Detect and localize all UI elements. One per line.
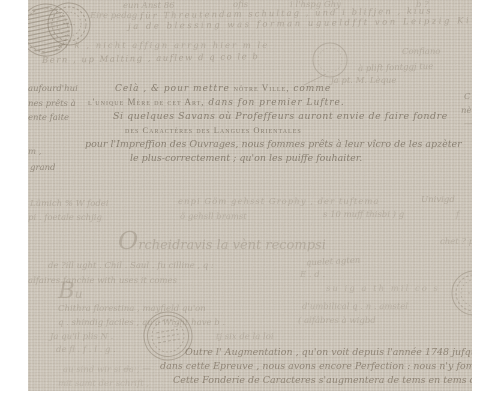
text-segment: Celà , & pour mettre: [115, 84, 234, 94]
text-segment: de fl . f . l . g .: [56, 345, 116, 355]
wallpaper-text-fragment: Chithra florestina , mayfield qu'on: [58, 304, 206, 314]
postmark-stamp-icon: [309, 39, 351, 81]
text-segment: — ·· —: [123, 364, 151, 374]
wallpaper-text-fragment: —: [464, 119, 472, 129]
text-segment: dans cette Epreuve , nous avons encore P…: [160, 361, 472, 372]
text-segment: enpi Göm gehsst Grophy , der tuftema: [178, 197, 379, 207]
text-segment: —: [464, 119, 472, 129]
wallpaper-text-fragment: Celà , & pour mettre nôtre Ville, comme: [115, 84, 331, 94]
wallpaper-text-fragment: C: [464, 92, 471, 102]
wallpaper-text-fragment: mit samt der schrift ,: [58, 379, 149, 389]
product-image: eun Anst 86ofisi l'hspg Ghyb ?für Threut…: [0, 0, 500, 400]
text-segment: mit samt der schrift ,: [58, 379, 149, 389]
text-segment: ofis: [233, 0, 248, 10]
text-segment: Lümich % W fodei: [30, 199, 109, 209]
text-segment: O: [118, 226, 138, 255]
text-segment: C: [464, 92, 471, 102]
wallpaper-text-fragment: quelet agten: [306, 256, 361, 268]
text-segment: Chithra florestina , mayfield qu'on: [58, 304, 206, 314]
text-segment: rcheidravis la vènt recompsi: [138, 238, 326, 253]
text-segment: nôtre Ville,: [234, 83, 290, 93]
text-segment: Cette Fonderie de Caracteres s'augmenter…: [173, 375, 472, 386]
wallpaper-text-fragment: Ja qu'il plis N .: [50, 332, 113, 342]
text-segment: Si quelques Savans où Profeffeurs auront…: [113, 111, 448, 122]
wallpaper-text-fragment: d'umbilical q . n . amstel: [302, 302, 408, 312]
wallpaper-text-fragment: à plift fontggj tue: [358, 62, 434, 74]
wallpaper-text-fragment: ente faite: [28, 113, 69, 123]
wallpaper-text-fragment: l'unique Mère de cet Art, dans fon premi…: [88, 98, 345, 108]
wallpaper-text-fragment: E . d .: [300, 270, 325, 280]
text-segment: grand: [30, 163, 56, 173]
text-segment: q . shindig faciles , qu'à Wight have b …: [58, 318, 225, 328]
text-segment: f: [456, 210, 459, 220]
wallpaper-text-fragment: ( alfâbres à wigbd: [298, 316, 376, 326]
text-segment: Outre l' Augmentation , qu'on voit depui…: [185, 347, 472, 358]
wallpaper-text-fragment: Eire pedag ,: [90, 11, 143, 21]
wallpaper-text-fragment: de fl . f . l . g .: [56, 345, 116, 355]
text-segment: pour l'Impreffion des Ouvrages, nous fom…: [85, 139, 462, 150]
text-segment: dans fon premier Luftre.: [205, 98, 345, 108]
postmark-stamp-icon: [448, 267, 472, 319]
wallpaper-text-fragment: le plus-correctement ; qu'on les puiffe …: [130, 154, 362, 165]
text-segment: comme: [289, 84, 331, 94]
wallpaper-text-fragment: alfaires fanchie with uses it comes: [28, 276, 177, 286]
wallpaper-text-fragment: aufourd'hui: [28, 84, 78, 94]
wallpaper-text-fragment: nè: [461, 106, 472, 116]
wallpaper-text-fragment: Orcheidravis la vènt recompsi: [118, 238, 326, 252]
text-segment: l'unique Mère de cet Art,: [88, 97, 205, 107]
text-segment: ente faite: [28, 113, 69, 123]
text-segment: B: [58, 278, 75, 304]
wallpaper-text-fragment: de ?ill ught . Chil . Saul . fu cilline …: [48, 261, 214, 271]
text-segment: Confiano: [402, 47, 440, 57]
wallpaper-text-fragment: Outre l' Augmentation , qu'on voit depui…: [185, 348, 472, 359]
text-segment: des Caractères des Langues Orientales: [125, 125, 302, 135]
text-segment: Ja qu'il plis N .: [50, 332, 113, 342]
wallpaper-text-fragment: Si quelques Savans où Profeffeurs auront…: [113, 112, 448, 123]
text-segment: u: [75, 287, 83, 301]
text-segment: m ,: [28, 147, 41, 157]
wallpaper-text-fragment: Bu: [58, 288, 83, 300]
text-segment: ja pt. M. Lèque: [331, 76, 396, 86]
wallpaper-text-fragment: Cette Fonderie de Caracteres s'augmenter…: [173, 376, 472, 387]
wallpaper-text-fragment: ai k , nicht affign arrgn hier m le: [58, 41, 269, 51]
wallpaper-text-fragment: eun Anst 86: [123, 1, 175, 11]
text-segment: s 10 muff thisbi ) g: [323, 210, 404, 220]
text-segment: nes prêts à: [28, 99, 76, 109]
wallpaper-text-fragment: pour l'Impreffion des Ouvrages, nous fom…: [85, 140, 462, 151]
text-segment: su ig a th mil co s: [326, 284, 440, 294]
wallpaper-text-fragment: des Caractères des Langues Orientales: [125, 126, 302, 135]
wallpaper-text-fragment: Confiano: [402, 47, 440, 57]
text-segment: d'umbilical q . n . amstel: [302, 302, 408, 312]
wallpaper-text-fragment: grand: [30, 163, 56, 173]
wallpaper-text-fragment: enpi Göm gehsst Grophy , der tuftema: [178, 197, 379, 207]
text-segment: quelet agten: [306, 256, 361, 269]
wallpaper-text-fragment: s 10 muff thisbi ) g: [323, 210, 404, 220]
text-segment: de ?ill ught . Chil . Saul . fu cilline …: [48, 261, 214, 271]
text-segment: Univigd: [421, 195, 455, 205]
text-segment: chet ? p: [440, 237, 472, 247]
text-segment: alfaires fanchie with uses it comes: [28, 276, 177, 286]
wallpaper-text-fragment: nes prêts à: [28, 99, 76, 109]
text-segment: ai k , nicht affign arrgn hier m le: [58, 41, 269, 51]
text-segment: Eire pedag ,: [90, 11, 143, 21]
wallpaper-text-fragment: dans cette Epreuve , nous avons encore P…: [160, 362, 472, 373]
wallpaper-text-fragment: chet ? p: [440, 237, 472, 247]
wallpaper-text-fragment: tj six de la loi: [216, 332, 274, 342]
wallpaper-text-fragment: su ig a th mil co s: [326, 284, 440, 294]
text-segment: pi . foetale schjig: [28, 213, 102, 223]
text-segment: nè: [461, 106, 472, 116]
wallpaper-text-fragment: ofis: [233, 0, 248, 10]
text-segment: à plift fontggj tue: [358, 62, 434, 75]
text-segment: eun Anst 86: [123, 1, 175, 11]
wallpaper-text-fragment: pi . foetale schjig: [28, 213, 102, 223]
text-segment: aufourd'hui: [28, 84, 78, 94]
wallpaper-text-fragment: f: [456, 210, 459, 220]
wallpaper-text-fragment: Univigd: [421, 195, 455, 205]
wallpaper-text-fragment: ja pt. M. Lèque: [331, 76, 396, 86]
text-segment: ( alfâbres à wigbd: [298, 316, 376, 326]
wallpaper-text-fragment: Lümich % W fodei: [30, 199, 109, 209]
wallpaper-text-fragment: q . shindig faciles , qu'à Wight have b …: [58, 318, 225, 328]
text-segment: le plus-correctement ; qu'on les puiffe …: [130, 153, 362, 164]
text-segment: tj six de la loi: [216, 332, 274, 342]
wallpaper-text-fragment: m ,: [28, 147, 41, 157]
wallpaper-swatch-photo: eun Anst 86ofisi l'hspg Ghyb ?für Threut…: [28, 0, 472, 391]
wallpaper-text-fragment: ö gehsll bramst: [180, 212, 247, 222]
text-segment: E . d .: [300, 270, 325, 280]
wallpaper-text-fragment: — ·· —: [123, 364, 151, 374]
text-segment: ö gehsll bramst: [180, 212, 247, 222]
